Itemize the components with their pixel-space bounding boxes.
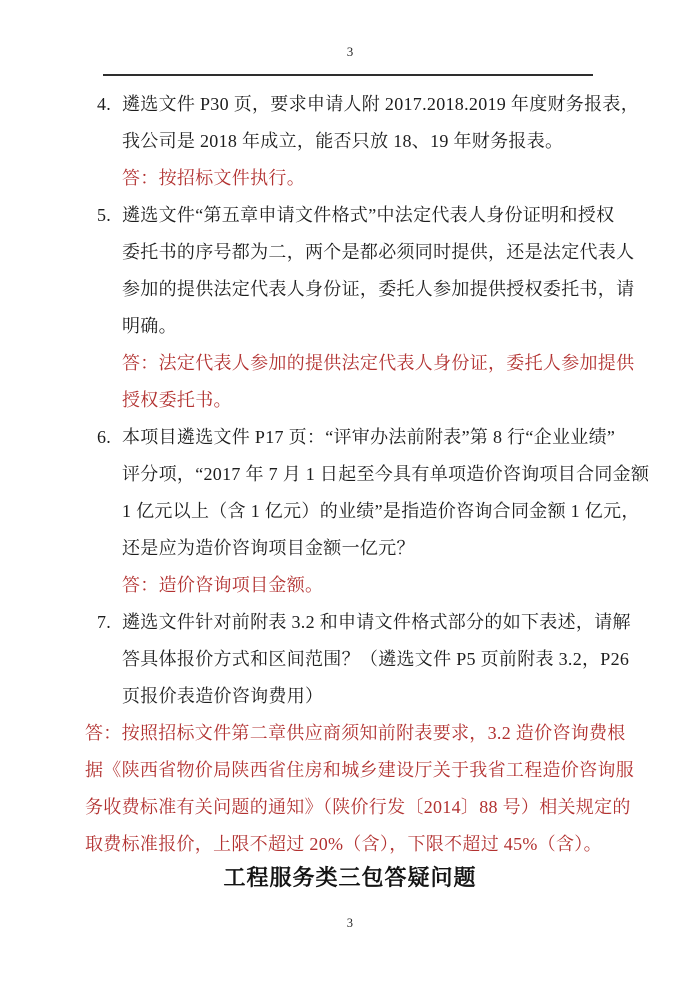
question-line: 遴选文件针对前附表 3.2 和申请文件格式部分的如下表述，请解 — [122, 604, 622, 641]
answer-line: 授权委托书。 — [122, 382, 622, 419]
answer-line: 据《陕西省物价局陕西省住房和城乡建设厅关于我省工程造价咨询服 — [85, 752, 632, 789]
answer-line: 取费标准报价，上限不超过 20%（含），下限不超过 45%（含）。 — [85, 826, 632, 863]
answer-line: 答：按照招标文件第二章供应商须知前附表要求，3.2 造价咨询费根 — [85, 715, 632, 752]
question-number: 6. — [97, 419, 122, 456]
footer-page-number: 3 — [0, 905, 700, 942]
section-heading: 工程服务类三包答疑问题 — [0, 863, 700, 893]
answer-line: 答：按招标文件执行。 — [122, 160, 622, 197]
question-line: 还是应为造价咨询项目金额一亿元？ — [122, 530, 622, 567]
document-page: 3 4. 遴选文件 P30 页，要求申请人附 2017.2018.2019 年度… — [0, 0, 700, 989]
document-body: 4. 遴选文件 P30 页，要求申请人附 2017.2018.2019 年度财务… — [0, 86, 700, 942]
question-line: 明确。 — [122, 308, 622, 345]
qa-item-4: 4. 遴选文件 P30 页，要求申请人附 2017.2018.2019 年度财务… — [97, 86, 622, 197]
qa-item-7-answer: 答：按照招标文件第二章供应商须知前附表要求，3.2 造价咨询费根 据《陕西省物价… — [85, 715, 632, 863]
question-line: 遴选文件 P30 页，要求申请人附 2017.2018.2019 年度财务报表， — [122, 86, 622, 123]
question-number: 4. — [97, 86, 122, 123]
qa-item-7: 7. 遴选文件针对前附表 3.2 和申请文件格式部分的如下表述，请解 答具体报价… — [97, 604, 622, 715]
question-number: 7. — [97, 604, 122, 641]
header-rule — [103, 74, 593, 76]
question-number: 5. — [97, 197, 122, 234]
answer-line: 答：造价咨询项目金额。 — [122, 567, 622, 604]
answer-line: 答：法定代表人参加的提供法定代表人身份证，委托人参加提供 — [122, 345, 622, 382]
question-line: 参加的提供法定代表人身份证，委托人参加提供授权委托书，请 — [122, 271, 622, 308]
question-line: 1 亿元以上（含 1 亿元）的业绩”是指造价咨询合同金额 1 亿元， — [122, 493, 622, 530]
question-line: 页报价表造价咨询费用） — [122, 678, 622, 715]
answer-line: 务收费标准有关问题的通知》（陕价行发〔2014〕88 号）相关规定的 — [85, 789, 632, 826]
question-line: 遴选文件“第五章申请文件格式”中法定代表人身份证明和授权 — [122, 197, 622, 234]
question-line: 委托书的序号都为二，两个是都必须同时提供，还是法定代表人 — [122, 234, 622, 271]
question-line: 评分项，“2017 年 7 月 1 日起至今具有单项造价咨询项目合同金额 — [122, 456, 622, 493]
question-line: 答具体报价方式和区间范围？（遴选文件 P5 页前附表 3.2，P26 — [122, 641, 622, 678]
question-line: 本项目遴选文件 P17 页：“评审办法前附表”第 8 行“企业业绩” — [122, 419, 622, 456]
header-page-number: 3 — [0, 44, 700, 60]
question-line: 我公司是 2018 年成立，能否只放 18、19 年财务报表。 — [122, 123, 622, 160]
qa-item-5: 5. 遴选文件“第五章申请文件格式”中法定代表人身份证明和授权 委托书的序号都为… — [97, 197, 622, 419]
qa-item-6: 6. 本项目遴选文件 P17 页：“评审办法前附表”第 8 行“企业业绩” 评分… — [97, 419, 622, 604]
